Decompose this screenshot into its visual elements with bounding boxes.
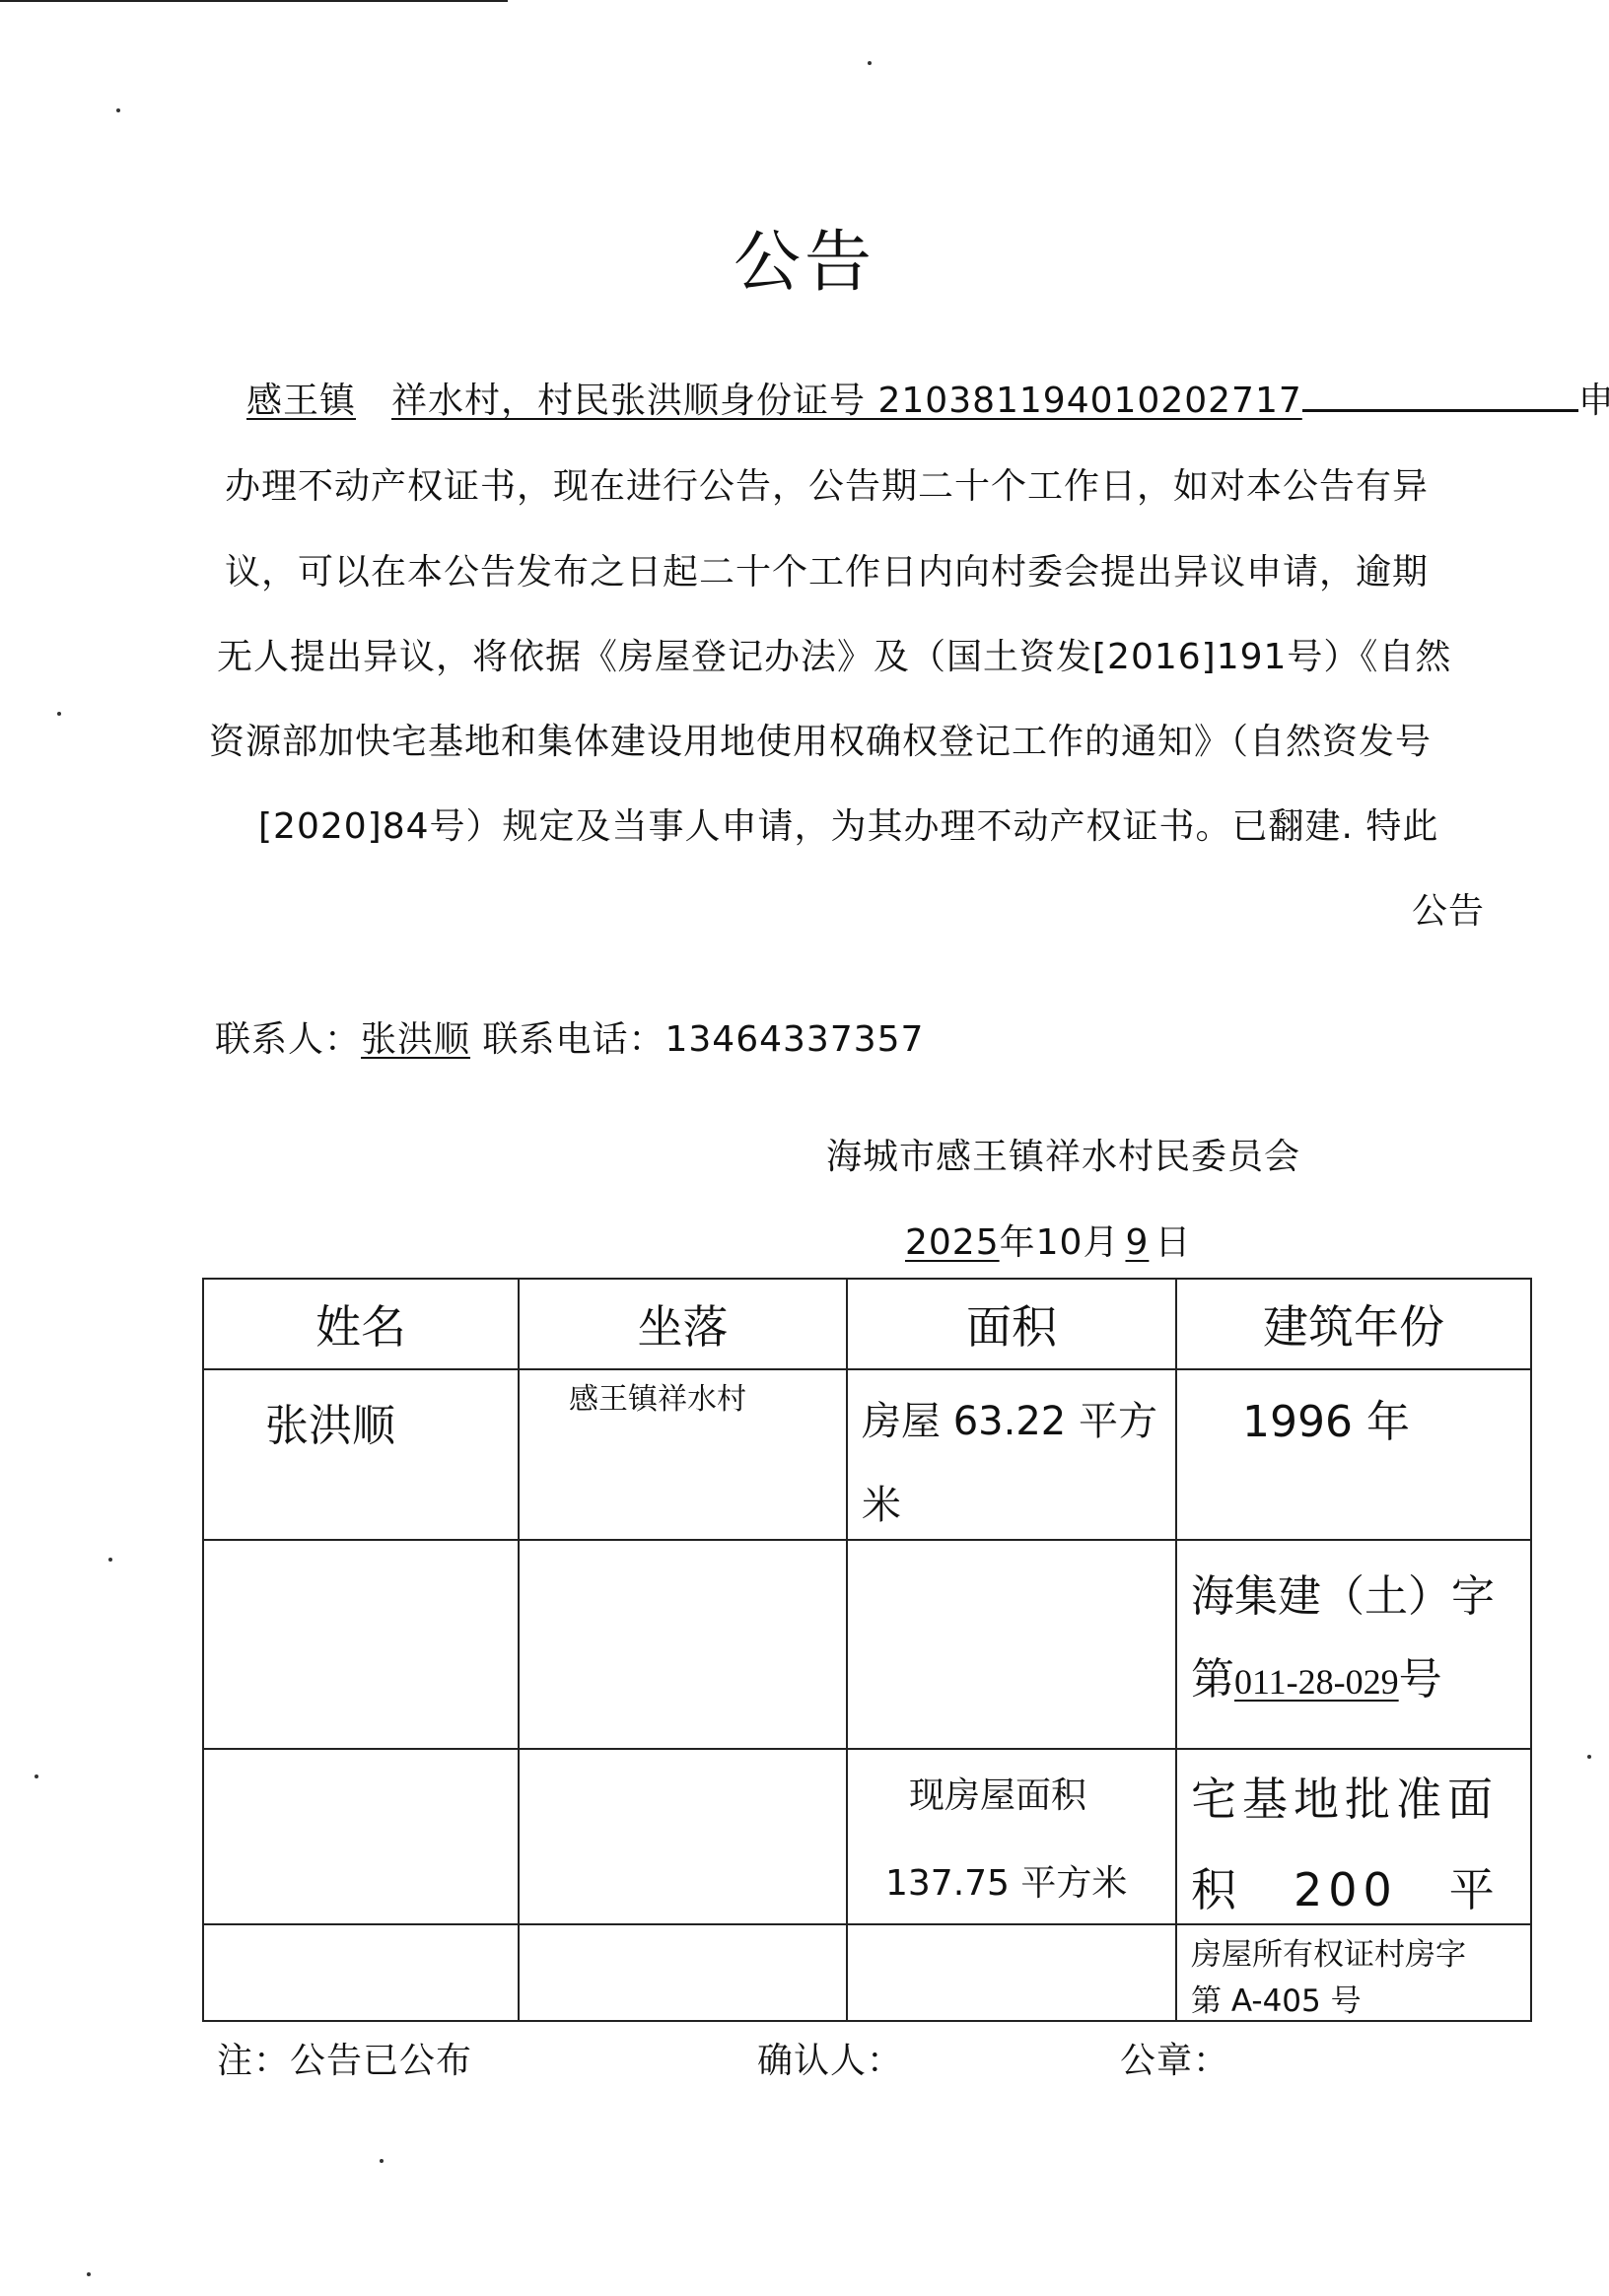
contact-person-label: 联系人： <box>215 1019 361 1060</box>
scan-speck <box>116 108 120 112</box>
day-suffix: 日 <box>1154 1222 1191 1263</box>
village-name: 祥水村，村民 <box>391 381 610 421</box>
scan-speck <box>380 2159 384 2163</box>
paragraph-line-2: 办理不动产权证书，现在进行公告，公告期二十个工作日，如对本公告有异 <box>225 458 1429 509</box>
scan-speck <box>108 1558 112 1562</box>
table-row: 海集建（土）字 第011-28-029号 <box>203 1540 1531 1749</box>
cell-area-line2: 米 <box>848 1446 1175 1530</box>
table-row: 现房屋面积 137.75 平方米 宅基地批准面 积 200 平 <box>203 1749 1531 1924</box>
current-area-label: 现房屋面积 <box>848 1750 1175 1818</box>
approved-area-line2: 积 200 平 <box>1177 1829 1530 1919</box>
year-suffix: 年 <box>1000 1222 1036 1263</box>
month-suffix: 月 <box>1083 1222 1119 1263</box>
apply-word: 申请 <box>1578 381 1609 421</box>
page-title: 公告 <box>0 209 1609 305</box>
cell-area-line1: 房屋 63.22 平方 <box>848 1370 1175 1446</box>
paragraph-line-4: 无人提出异议，将依据《房屋登记办法》及（国土资发[2016]191号）《自然 <box>217 629 1451 679</box>
scan-speck <box>57 712 61 716</box>
approved-area-line1: 宅基地批准面 <box>1177 1750 1530 1829</box>
contact-person: 张洪顺 <box>361 1019 470 1060</box>
date-year: 2025 <box>826 1222 1000 1263</box>
land-cert-number: 011-28-029 <box>1234 1662 1399 1702</box>
house-cert-line1: 房屋所有权证村房字 <box>1177 1925 1530 1974</box>
table-row: 房屋所有权证村房字 第 A-405 号 <box>203 1924 1531 2021</box>
contact-line: 联系人：张洪顺 联系电话：13464337357 <box>215 1011 924 1062</box>
current-area-value: 137.75 平方米 <box>848 1818 1175 1906</box>
cell-location: 感王镇祥水村 <box>520 1370 846 1418</box>
cell-name: 张洪顺 <box>204 1370 518 1453</box>
scan-speck <box>87 2272 91 2276</box>
applicant-id: 张洪顺身份证号 210381194010202717 <box>610 381 1302 421</box>
paragraph-line-7: 公告 <box>1412 883 1485 934</box>
scan-speck <box>1587 1755 1591 1759</box>
contact-phone: 13464337357 <box>665 1019 925 1060</box>
contact-phone-label: 联系电话： <box>482 1019 665 1060</box>
paragraph-line-5: 资源部加快宅基地和集体建设用地使用权确权登记工作的通知》（自然资发号 <box>209 714 1432 764</box>
issuer: 海城市感王镇祥水村民委员会 <box>826 1129 1300 1179</box>
blank-underline <box>1302 380 1578 412</box>
header-name: 姓名 <box>203 1279 519 1369</box>
land-cert-suffix: 号 <box>1399 1654 1442 1705</box>
cell-build-year: 1996 年 <box>1177 1370 1530 1449</box>
header-area: 面积 <box>847 1279 1176 1369</box>
paragraph-line-6: [2020]84号）规定及当事人申请，为其办理不动产权证书。已翻建. 特此 <box>258 799 1438 849</box>
issue-date: 2025年10月9日 <box>826 1215 1191 1265</box>
scan-edge-line <box>0 0 508 2</box>
footer-confirmer: 确认人： <box>757 2033 903 2083</box>
date-month: 10 <box>1036 1222 1084 1263</box>
scan-speck <box>868 61 872 65</box>
town-name: 感王镇 <box>229 381 391 421</box>
paragraph-line-1: 感王镇祥水村，村民张洪顺身份证号 210381194010202717申请 <box>229 373 1609 423</box>
table-header-row: 姓名 坐落 面积 建筑年份 <box>203 1279 1531 1369</box>
date-day: 9 <box>1119 1222 1154 1263</box>
footer-seal: 公章： <box>1120 2033 1229 2083</box>
house-cert-line2: 第 A-405 号 <box>1177 1974 1530 2020</box>
land-cert-prefix: 第 <box>1191 1654 1234 1705</box>
scan-speck <box>35 1774 38 1778</box>
registration-table: 姓名 坐落 面积 建筑年份 张洪顺 感王镇祥水村 房屋 63.22 平方 米 1… <box>202 1278 1532 2022</box>
header-location: 坐落 <box>519 1279 847 1369</box>
header-build-year: 建筑年份 <box>1176 1279 1531 1369</box>
paragraph-line-3: 议，可以在本公告发布之日起二十个工作日内向村委会提出异议申请，逾期 <box>225 544 1429 594</box>
land-cert-line1: 海集建（土）字 <box>1177 1541 1530 1624</box>
land-cert-line2: 第011-28-029号 <box>1177 1624 1530 1706</box>
footer-note: 注：公告已公布 <box>217 2033 472 2083</box>
table-row: 张洪顺 感王镇祥水村 房屋 63.22 平方 米 1996 年 <box>203 1369 1531 1540</box>
